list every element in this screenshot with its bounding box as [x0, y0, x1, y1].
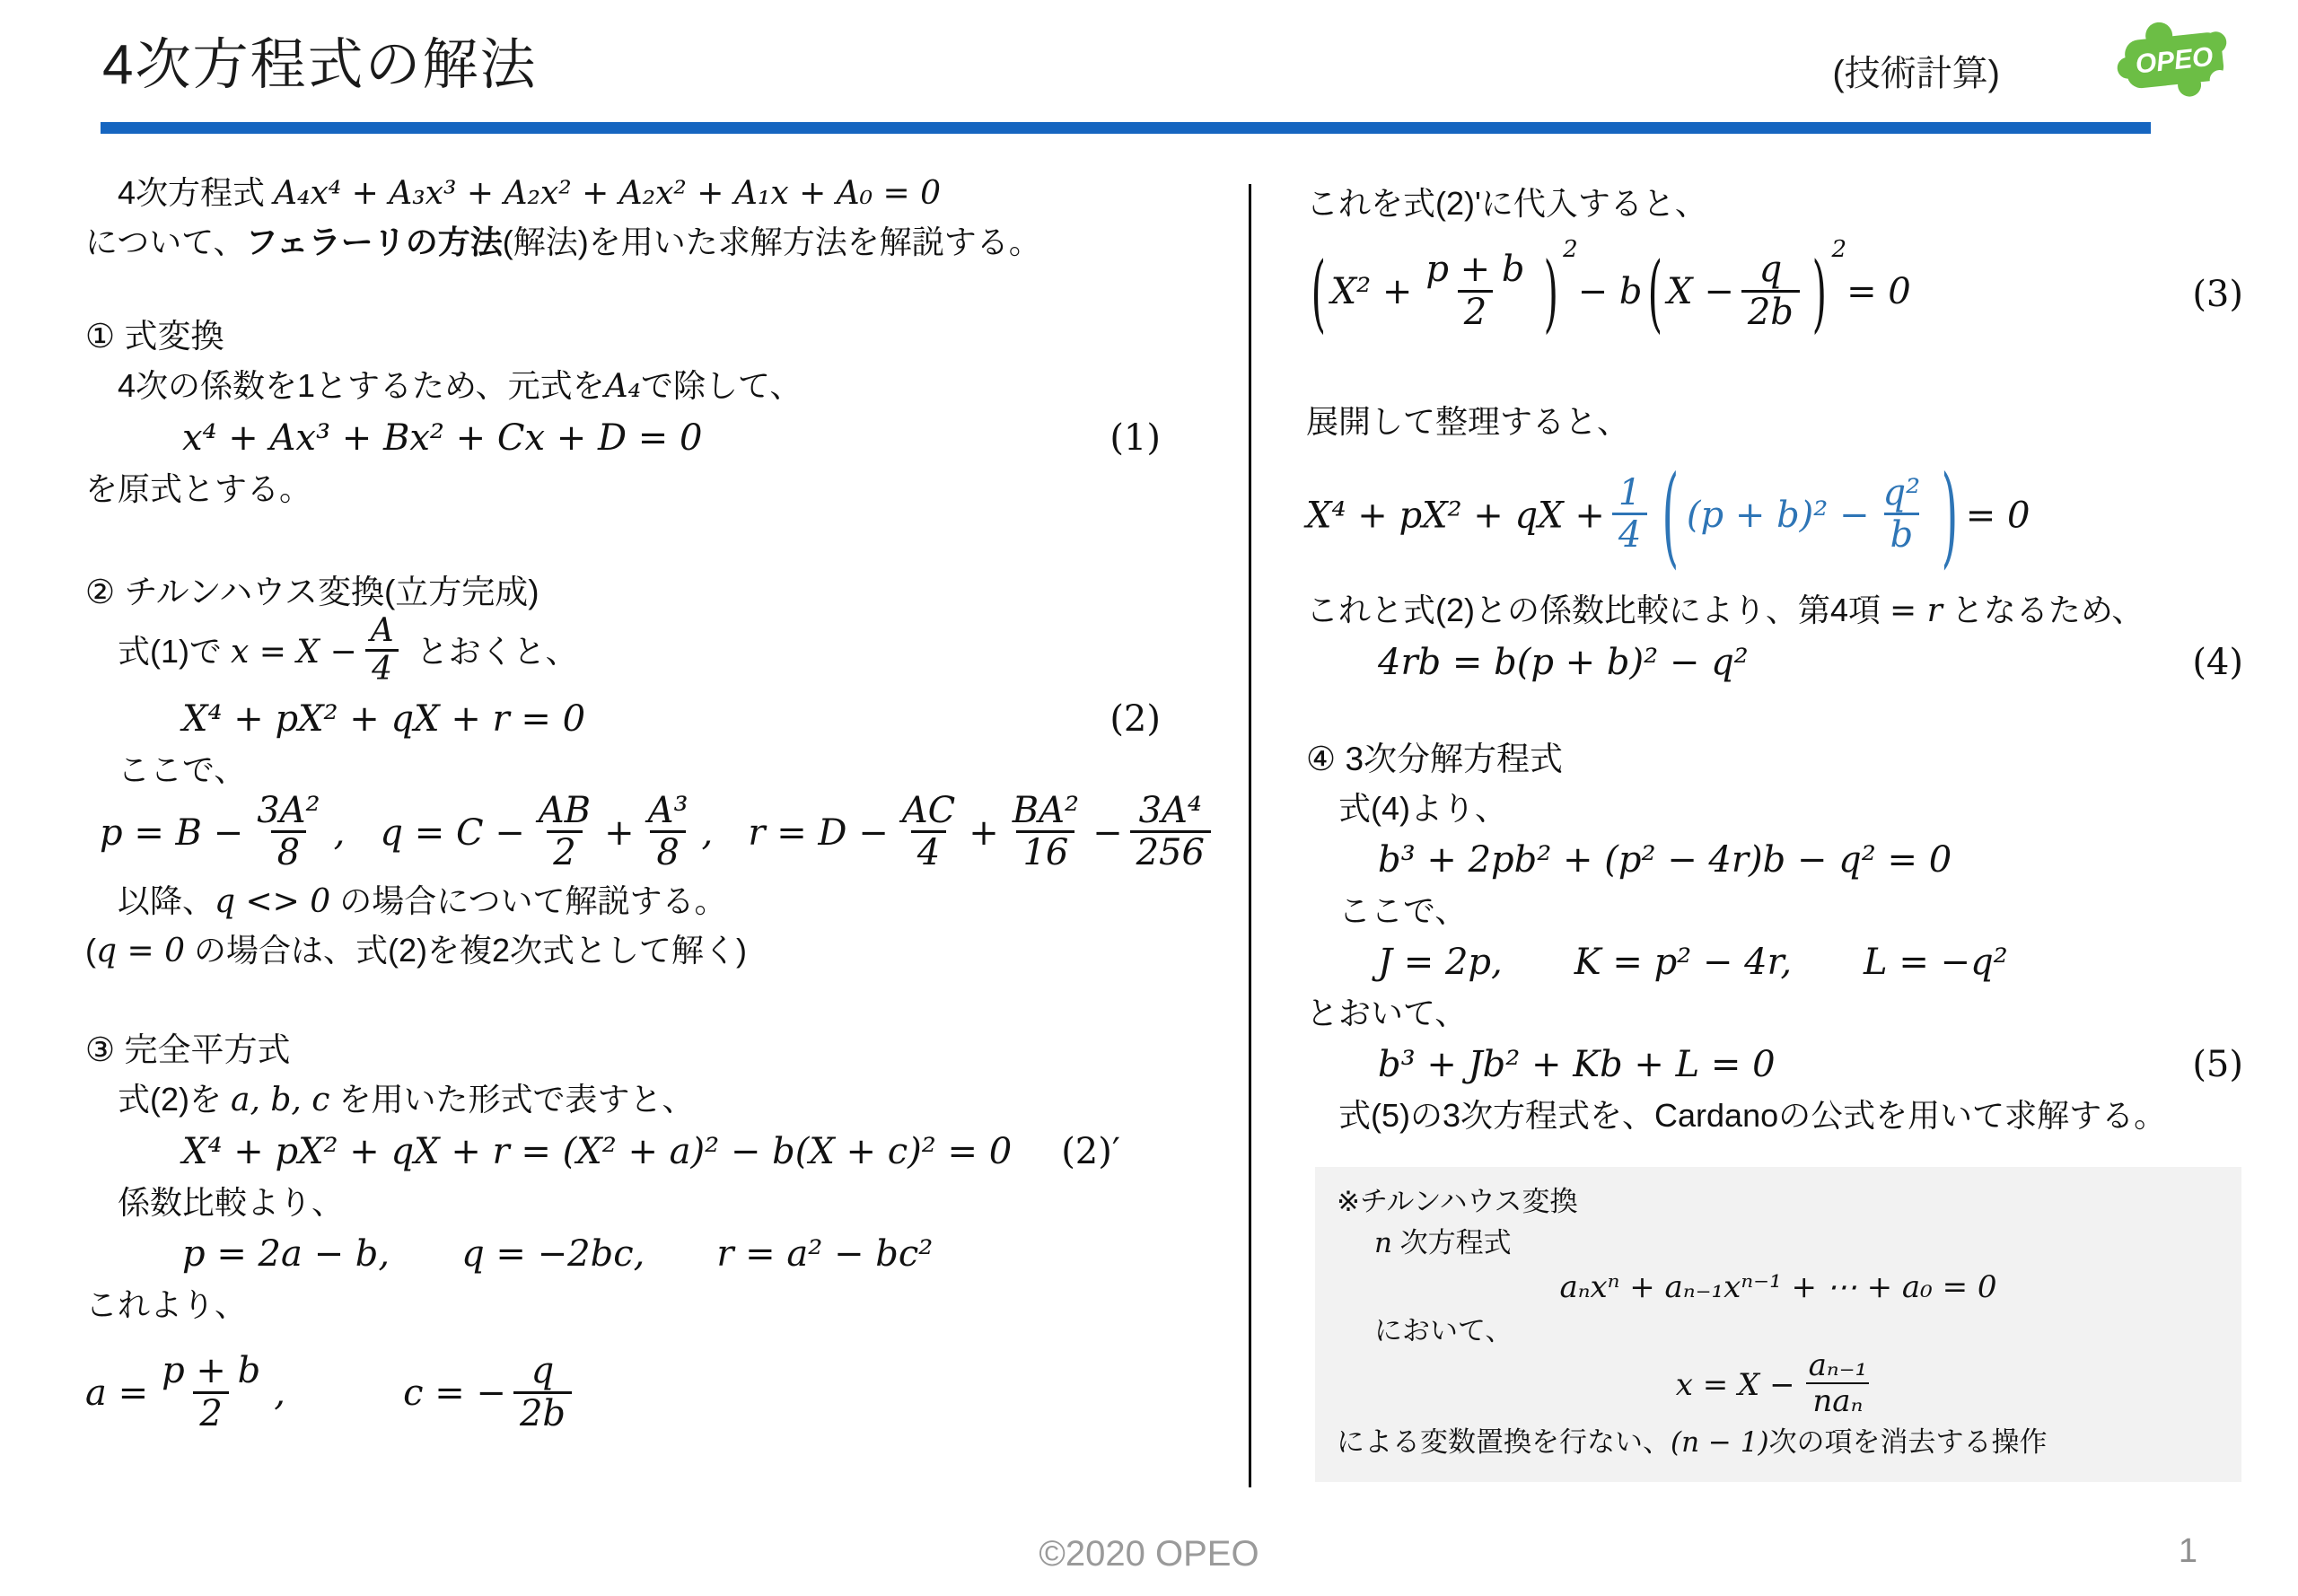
big-left-paren-blue: (: [1662, 435, 1680, 600]
equation-expanded-math: X⁴ + pX² + qX +14((p + b)² −q²b)= 0: [1306, 495, 2030, 536]
cardano-line: 式(5)の3次方程式を、Cardanoの公式を用いて求解する。: [1306, 1092, 2281, 1140]
s2-post: とおくと、: [408, 633, 578, 670]
pqr-result-equation: p = 2a − b, q = −2bc, r = a² − bc²: [85, 1227, 1240, 1281]
jkl-definition-math: J = 2p, K = p² − 4r, L = −q²: [1378, 942, 2008, 983]
s1-math: A₄: [605, 368, 641, 405]
squared-exponent: 2: [1563, 236, 1578, 263]
note-box-line-2: において、: [1337, 1311, 2220, 1353]
r-lhs: r = D −: [748, 812, 888, 854]
section-3-heading: ③ 完全平方式: [85, 1025, 1240, 1075]
frac-num: p + b: [155, 1351, 267, 1391]
frac-den: naₙ: [1806, 1382, 1869, 1418]
frac-num: 3A²: [250, 791, 326, 831]
s2-math-lhs: x = X −: [231, 634, 357, 671]
frac-den: 4: [1612, 513, 1647, 556]
frac-den: 2b: [1741, 290, 1800, 333]
r3-pre: これと式(2)との係数比較により、第4項: [1306, 592, 1890, 628]
equation-5-math: b³ + Jb² + Kb + L = 0: [1378, 1044, 1776, 1085]
equation-5-tag: (5): [2192, 1038, 2243, 1092]
frac-num: p + b: [1419, 250, 1531, 290]
intro-text: 4次方程式: [85, 174, 274, 211]
fraction-1-over-4: 14: [1612, 473, 1647, 557]
frac-num: 1: [1612, 473, 1647, 513]
section-1-heading: ① 式変換: [85, 311, 1240, 362]
note1-math: q <> 0: [215, 883, 330, 920]
eq3-term3: X −: [1667, 271, 1734, 312]
fraction-p-plus-b-over-2: p + b2: [1419, 250, 1531, 333]
equation-2-prime-tag: (2)′: [1061, 1131, 1120, 1172]
r-definition: r = D −AC4+BA²16−3A⁴256: [748, 812, 1218, 854]
note-line1-post: 次方程式: [1392, 1227, 1512, 1258]
big-right-paren: ): [1812, 232, 1827, 358]
fraction-3A4-over-256: 3A⁴256: [1130, 791, 1211, 874]
koremore-line: これより、: [85, 1281, 1240, 1329]
p-definition: p = B −3A²8,: [100, 812, 345, 854]
opeo-logo-icon: OPEO: [2106, 9, 2246, 110]
left-column: 4次方程式 A₄x⁴ + A₃x³ + A₂x² + A₂x² + A₁x + …: [85, 169, 1240, 1462]
equation-1-math: x⁴ + Ax³ + Bx² + Cx + D = 0: [182, 417, 702, 459]
frac-den: 4: [911, 830, 946, 873]
r3-math: = r: [1890, 592, 1943, 629]
substitution-math: x = X −aₙ₋₁naₙ: [1676, 1367, 1881, 1403]
equation-4-math: 4rb = b(p + b)² − q²: [1378, 642, 1749, 683]
fraction-3A2-over-8: 3A²8: [250, 791, 326, 874]
frac-num: A: [364, 613, 400, 649]
jkl-definition-equation: J = 2p, K = p² − 4r, L = −q²: [1306, 935, 2281, 989]
substitution-equation: x = X −aₙ₋₁naₙ: [1337, 1352, 2220, 1422]
resolvent-cubic-math: b³ + 2pb² + (p² − 4r)b − q² = 0: [1378, 839, 1952, 881]
fraction-AC-over-4: AC4: [896, 791, 962, 874]
equation-2: X⁴ + pX² + qX + r = 0 (2): [85, 692, 1240, 746]
note-q-zero: (q = 0 の場合は、式(2)を複2次式として解く): [85, 926, 1240, 976]
frac-den: 4: [365, 649, 399, 688]
copyright: ©2020 OPEO: [0, 1534, 2298, 1574]
equation-3-tag: (3): [2192, 267, 2243, 321]
s3-pre: 式(2)を: [85, 1081, 231, 1118]
kokode-line-right: ここで、: [1306, 887, 2281, 935]
frac-num: q²: [1877, 473, 1927, 513]
eq3-equals-zero: = 0: [1846, 271, 1911, 312]
q-definition: q = C −AB2+A³8,: [380, 812, 713, 854]
expanded-black-part: X⁴ + pX² + qX +: [1306, 495, 1605, 536]
page-title: 4次方程式の解法: [102, 20, 537, 100]
note2-pre: (: [85, 932, 96, 969]
comma: ,: [702, 812, 714, 854]
frac-den: 2: [547, 830, 582, 873]
frac-den: 8: [271, 830, 306, 873]
comma: ,: [274, 1372, 285, 1414]
subtitle: (技術計算): [1832, 45, 2000, 96]
note-box-line-1: n 次方程式: [1337, 1223, 2220, 1265]
expanded-blue-part: 14((p + b)² −q²b): [1605, 495, 1966, 536]
note-q-nonzero: 以降、q <> 0 の場合について解説する。: [85, 877, 1240, 926]
slide: { "header": { "title": "4次方程式の解法", "subt…: [0, 0, 2298, 1596]
frac-num: A³: [642, 791, 695, 831]
c-definition: c = −q2b: [403, 1372, 579, 1414]
section-2-heading: ② チルンハウス変換(立方完成): [85, 567, 1240, 618]
s1-pre: 4次の係数を1とするため、元式を: [85, 367, 605, 404]
frac-den: 256: [1130, 830, 1211, 873]
ferrari-method-bold: フェラーリの方法: [246, 224, 503, 260]
equation-2-math: X⁴ + pX² + qX + r = 0: [182, 698, 585, 740]
big-left-paren: (: [1311, 232, 1326, 358]
r3-post: となるため、: [1943, 592, 2145, 628]
fraction-q-over-2b: q2b: [513, 1351, 572, 1434]
s1-post: で除して、: [641, 367, 802, 404]
blue-inner-term: (p + b)² −: [1687, 495, 1870, 536]
equation-1-tag: (1): [1110, 411, 1161, 465]
p-lhs: p = B −: [100, 812, 243, 854]
frac-den: 2b: [513, 1391, 572, 1434]
fraction-q-over-2b: q2b: [1741, 250, 1800, 333]
frac-num: AC: [896, 791, 962, 831]
fraction-an1-over-nan: aₙ₋₁naₙ: [1802, 1348, 1874, 1418]
section-1-line: 4次の係数を1とするため、元式をA₄で除して、: [85, 362, 1240, 411]
tooite-line: とおいて、: [1306, 989, 2281, 1038]
section-4-heading: ④ 3次分解方程式: [1306, 734, 2281, 785]
equation-1: x⁴ + Ax³ + Bx² + Cx + D = 0 (1): [85, 411, 1240, 465]
a-lhs: a =: [85, 1372, 148, 1414]
tschirnhaus-note-box: ※チルンハウス変換 n 次方程式 aₙxⁿ + aₙ₋₁xⁿ⁻¹ + ⋯ + a…: [1315, 1167, 2241, 1482]
minus: −: [1092, 812, 1123, 854]
s3-math: a, b, c: [231, 1082, 329, 1118]
pqr-definition-equation: p = B −3A²8, q = C −AB2+A³8, r = D −AC4+…: [85, 794, 1240, 878]
right-column: これを式(2)'に代入すると、 (X² +p + b2)2− b(X −q2b)…: [1306, 180, 2281, 1482]
plus: +: [969, 812, 999, 854]
note-box-line-3: による変数置換を行ない、(n − 1)次の項を消去する操作: [1337, 1422, 2220, 1464]
intro-line2-post: (解法)を用いた求解方法を解説する。: [503, 224, 1041, 260]
frac-num: aₙ₋₁: [1802, 1348, 1874, 1382]
frac-den: 16: [1016, 830, 1074, 873]
kokode-line: ここで、: [85, 746, 1240, 794]
note-line3-math: (n − 1): [1671, 1426, 1769, 1459]
section-1-line-2: を原式とする。: [85, 465, 1240, 513]
intro-line-1: 4次方程式 A₄x⁴ + A₃x³ + A₂x² + A₂x² + A₁x + …: [85, 169, 1240, 218]
equation-2-prime: X⁴ + pX² + qX + r = (X² + a)² − b(X + c)…: [85, 1125, 1240, 1179]
n-degree-equation: aₙxⁿ + aₙ₋₁xⁿ⁻¹ + ⋯ + a₀ = 0: [1337, 1265, 2220, 1311]
squared-exponent: 2: [1832, 236, 1847, 263]
intro-equation: A₄x⁴ + A₃x³ + A₂x² + A₂x² + A₁x + A₀ = 0: [274, 175, 941, 212]
c-lhs: c = −: [403, 1372, 506, 1414]
note1-post: の場合について解説する。: [330, 882, 726, 919]
s2-pre: 式(1)で: [85, 633, 231, 670]
note1-pre: 以降、: [85, 882, 215, 919]
equation-5: b³ + Jb² + Kb + L = 0 (5): [1306, 1038, 2281, 1092]
big-left-paren: (: [1647, 232, 1662, 358]
pqr-result-math: p = 2a − b, q = −2bc, r = a² − bc²: [182, 1233, 933, 1275]
fraction-A-over-4: A4: [364, 613, 400, 688]
title-underline: [101, 122, 2151, 134]
ac-equation: a =p + b2, c = −q2b: [85, 1329, 1240, 1463]
frac-den: 2: [193, 1391, 228, 1434]
eq3-term1: X² +: [1331, 271, 1413, 312]
frac-num: BA²: [1006, 791, 1085, 831]
plus: +: [604, 812, 635, 854]
page-number: 1: [2179, 1532, 2197, 1571]
frac-num: q: [1753, 250, 1789, 290]
frac-den: 8: [650, 830, 685, 873]
s3-post: を用いた形式で表すと、: [329, 1081, 694, 1118]
note-line3-post: 次の項を消去する操作: [1769, 1426, 2048, 1458]
from-eq4-line: 式(4)より、: [1306, 785, 2281, 833]
frac-num: AB: [532, 791, 597, 831]
intro-line-2: について、フェラーリの方法(解法)を用いた求解方法を解説する。: [85, 218, 1240, 267]
eq3-term2: − b: [1578, 271, 1643, 312]
equation-2-tag: (2): [1110, 692, 1161, 746]
fraction-AB-over-2: AB2: [532, 791, 597, 874]
s2-math: x = X −A4: [231, 634, 408, 671]
note-line3-pre: による変数置換を行ない、: [1337, 1426, 1671, 1458]
note2-post: の場合は、式(2)を複2次式として解く): [185, 932, 747, 969]
big-right-paren: ): [1543, 232, 1557, 358]
section-3-line: 式(2)を a, b, c を用いた形式で表すと、: [85, 1075, 1240, 1125]
fraction-p-plus-b-over-2: p + b2: [155, 1351, 267, 1434]
fraction-q2-over-b: q²b: [1877, 473, 1927, 557]
equation-4: 4rb = b(p + b)² − q² (4): [1306, 636, 2281, 689]
fraction-BA2-over-16: BA²16: [1006, 791, 1085, 874]
x-lhs: x = X −: [1676, 1367, 1795, 1403]
equation-3: (X² +p + b2)2− b(X −q2b)2= 0 (3): [1306, 228, 2281, 362]
equation-2-prime-math: X⁴ + pX² + qX + r = (X² + a)² − b(X + c)…: [182, 1131, 1012, 1172]
fraction-A3-over-8: A³8: [642, 791, 695, 874]
comparison-line: これと式(2)との係数比較により、第4項 = r となるため、: [1306, 586, 2281, 636]
equation-3-math: (X² +p + b2)2− b(X −q2b)2= 0: [1306, 271, 1911, 312]
note-box-title: ※チルンハウス変換: [1337, 1181, 2220, 1223]
substitute-line: これを式(2)'に代入すると、: [1306, 180, 2281, 228]
equation-expanded: X⁴ + pX² + qX +14((p + b)² −q²b)= 0: [1306, 446, 2281, 587]
equation-4-tag: (4): [2192, 636, 2243, 689]
intro-line2-pre: について、: [85, 224, 246, 260]
a-definition: a =p + b2,: [85, 1372, 285, 1414]
frac-den: 2: [1458, 290, 1493, 333]
comma: ,: [334, 812, 346, 854]
note2-math: q = 0: [96, 933, 185, 969]
note-n-math: n: [1374, 1227, 1392, 1259]
expanded-equals-zero: = 0: [1966, 495, 2030, 536]
frac-den: b: [1884, 513, 1920, 556]
resolvent-cubic-equation: b³ + 2pb² + (p² − 4r)b − q² = 0: [1306, 833, 2281, 887]
frac-num: 3A⁴: [1133, 791, 1208, 831]
n-degree-equation-math: aₙxⁿ + aₙ₋₁xⁿ⁻¹ + ⋯ + a₀ = 0: [1559, 1269, 1996, 1305]
section-2-substitution-line: 式(1)で x = X −A4 とおくと、: [85, 617, 1240, 692]
big-right-paren-blue: ): [1942, 435, 1959, 600]
frac-num: q: [525, 1351, 561, 1391]
column-divider: [1249, 184, 1251, 1487]
q-lhs: q = C −: [380, 812, 524, 854]
coefficient-comparison-line: 係数比較より、: [85, 1179, 1240, 1227]
expand-line: 展開して整理すると、: [1306, 398, 2281, 446]
